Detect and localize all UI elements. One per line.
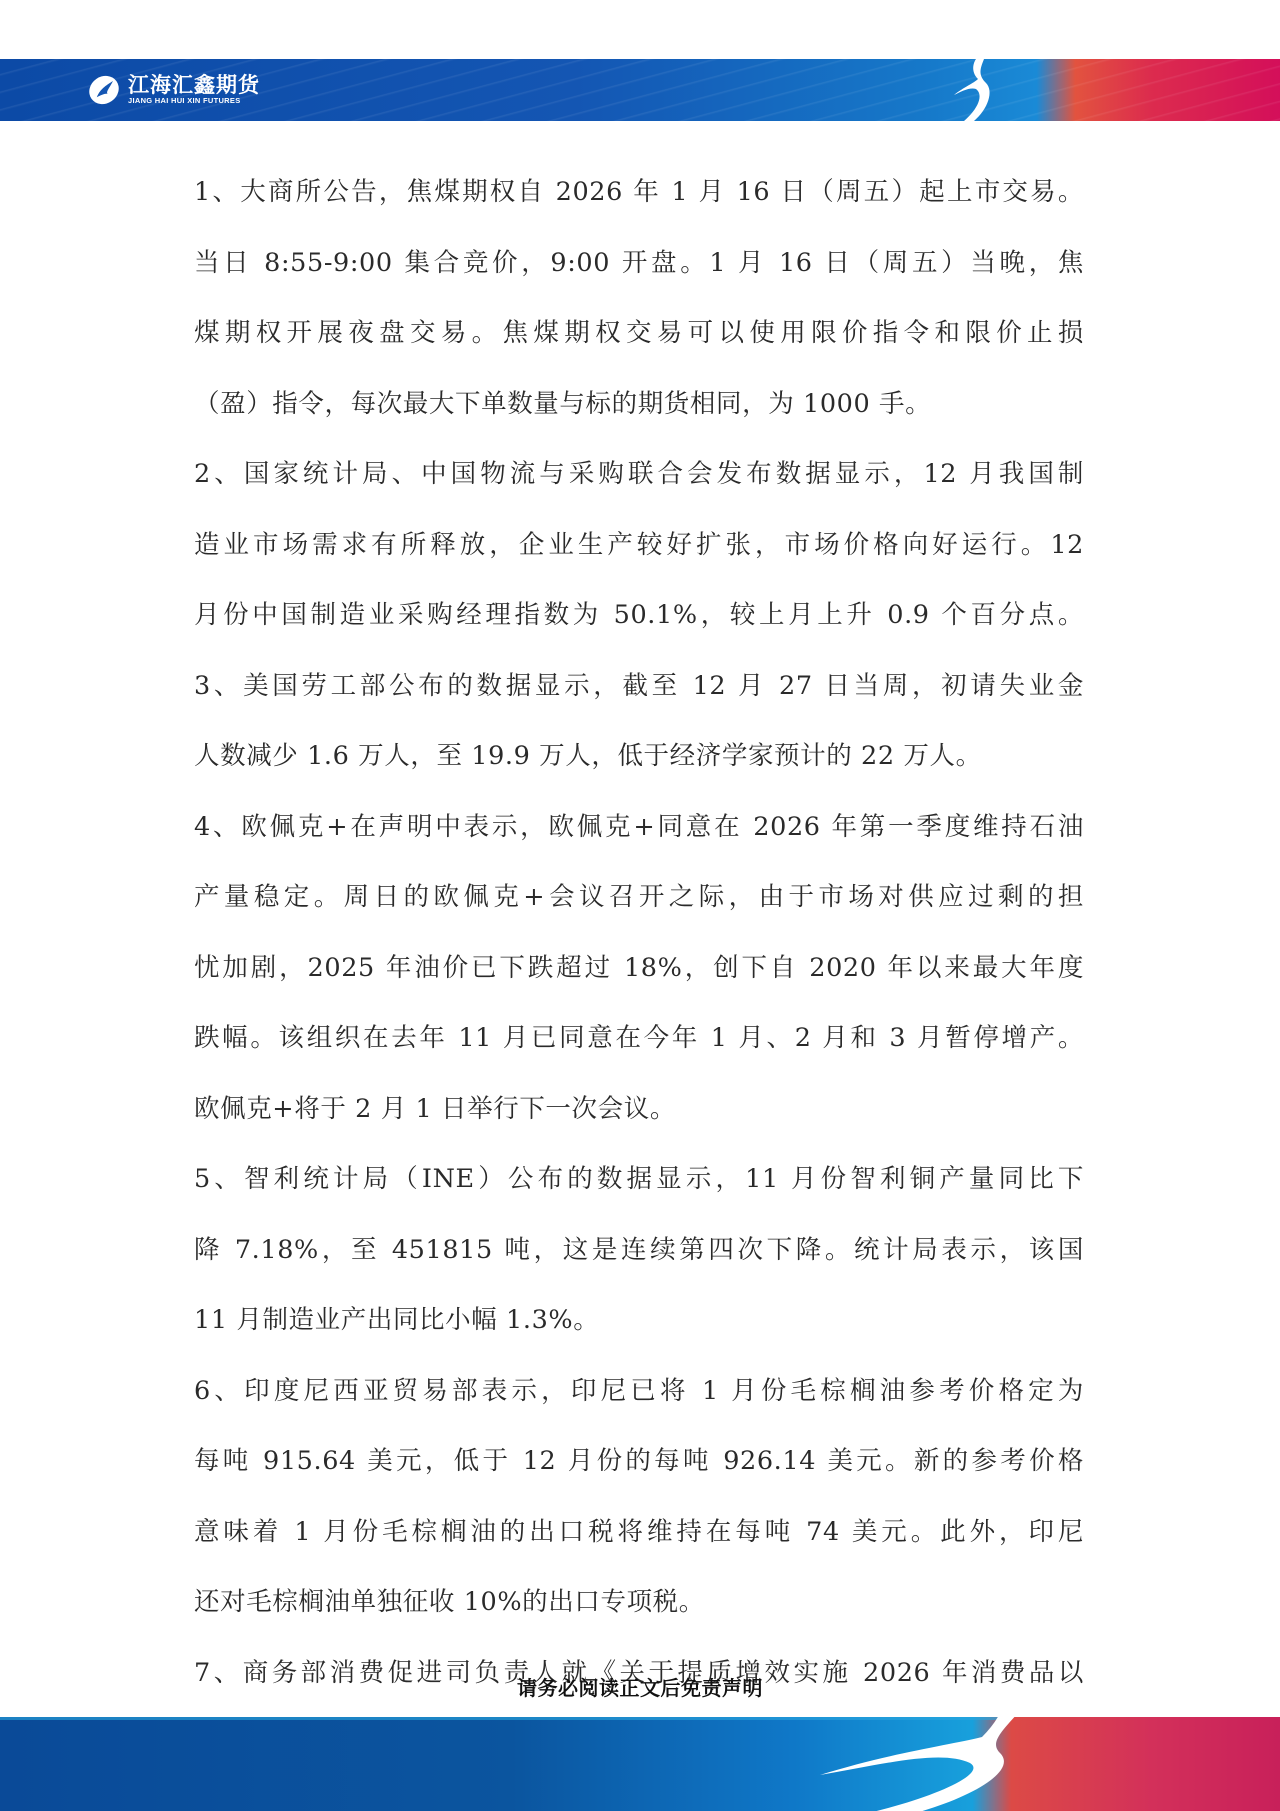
text-line: 1、大商所公告，焦煤期权自 2026 年 1 月 16 日（周五）起上市交易。 xyxy=(194,170,1084,241)
logo-english-name: JIANG HAI HUI XIN FUTURES xyxy=(128,96,260,106)
text-line: 忧加剧，2025 年油价已下跌超过 18%，创下自 2020 年以来最大年度 xyxy=(194,946,1084,1017)
text-line: 6、印度尼西亚贸易部表示，印尼已将 1 月份毛棕榈油参考价格定为 xyxy=(194,1369,1084,1440)
logo-chinese-name: 江海汇鑫期货 xyxy=(128,74,260,96)
text-line: 每吨 915.64 美元，低于 12 月份的每吨 926.14 美元。新的参考价… xyxy=(194,1439,1084,1510)
text-line: （盈）指令，每次最大下单数量与标的期货相同，为 1000 手。 xyxy=(194,382,1084,453)
text-line: 当日 8:55-9:00 集合竞价，9:00 开盘。1 月 16 日（周五）当晚… xyxy=(194,241,1084,312)
news-item-3: 3、美国劳工部公布的数据显示，截至 12 月 27 日当周，初请失业金 人数减少… xyxy=(194,664,1084,805)
text-line: 2、国家统计局、中国物流与采购联合会发布数据显示，12 月我国制 xyxy=(194,452,1084,523)
header-banner: 江海汇鑫期货 JIANG HAI HUI XIN FUTURES xyxy=(0,59,1280,121)
text-line: 煤期权开展夜盘交易。焦煤期权交易可以使用限价指令和限价止损 xyxy=(194,311,1084,382)
text-line: 5、智利统计局（INE）公布的数据显示，11 月份智利铜产量同比下 xyxy=(194,1157,1084,1228)
news-content: 1、大商所公告，焦煤期权自 2026 年 1 月 16 日（周五）起上市交易。 … xyxy=(194,170,1084,1721)
text-line: 3、美国劳工部公布的数据显示，截至 12 月 27 日当周，初请失业金 xyxy=(194,664,1084,735)
text-line: 月份中国制造业采购经理指数为 50.1%，较上月上升 0.9 个百分点。 xyxy=(194,593,1084,664)
swoosh-icon xyxy=(950,59,1020,121)
text-line: 欧佩克+将于 2 月 1 日举行下一次会议。 xyxy=(194,1087,1084,1158)
news-item-6: 6、印度尼西亚贸易部表示，印尼已将 1 月份毛棕榈油参考价格定为 每吨 915.… xyxy=(194,1369,1084,1651)
text-line: 意味着 1 月份毛棕榈油的出口税将维持在每吨 74 美元。此外，印尼 xyxy=(194,1510,1084,1581)
text-line: 11 月制造业产出同比小幅 1.3%。 xyxy=(194,1298,1084,1369)
text-line: 还对毛棕榈油单独征收 10%的出口专项税。 xyxy=(194,1580,1084,1651)
text-line: 4、欧佩克+在声明中表示，欧佩克+同意在 2026 年第一季度维持石油 xyxy=(194,805,1084,876)
text-line: 造业市场需求有所释放，企业生产较好扩张，市场价格向好运行。12 xyxy=(194,523,1084,594)
jianghai-logo-icon xyxy=(86,72,122,108)
text-line: 人数减少 1.6 万人，至 19.9 万人，低于经济学家预计的 22 万人。 xyxy=(194,734,1084,805)
news-item-2: 2、国家统计局、中国物流与采购联合会发布数据显示，12 月我国制 造业市场需求有… xyxy=(194,452,1084,664)
text-line: 产量稳定。周日的欧佩克+会议召开之际，由于市场对供应过剩的担 xyxy=(194,875,1084,946)
news-item-1: 1、大商所公告，焦煤期权自 2026 年 1 月 16 日（周五）起上市交易。 … xyxy=(194,170,1084,452)
text-line: 跌幅。该组织在去年 11 月已同意在今年 1 月、2 月和 3 月暂停增产。 xyxy=(194,1016,1084,1087)
company-logo: 江海汇鑫期货 JIANG HAI HUI XIN FUTURES xyxy=(86,65,260,115)
disclaimer-notice: 请务必阅读正文后免责声明 xyxy=(0,1672,1280,1701)
footer-banner xyxy=(0,1717,1280,1811)
text-line: 降 7.18%，至 451815 吨，这是连续第四次下降。统计局表示，该国 xyxy=(194,1228,1084,1299)
news-item-5: 5、智利统计局（INE）公布的数据显示，11 月份智利铜产量同比下 降 7.18… xyxy=(194,1157,1084,1369)
swoosh-icon xyxy=(700,1717,1060,1811)
news-item-4: 4、欧佩克+在声明中表示，欧佩克+同意在 2026 年第一季度维持石油 产量稳定… xyxy=(194,805,1084,1158)
